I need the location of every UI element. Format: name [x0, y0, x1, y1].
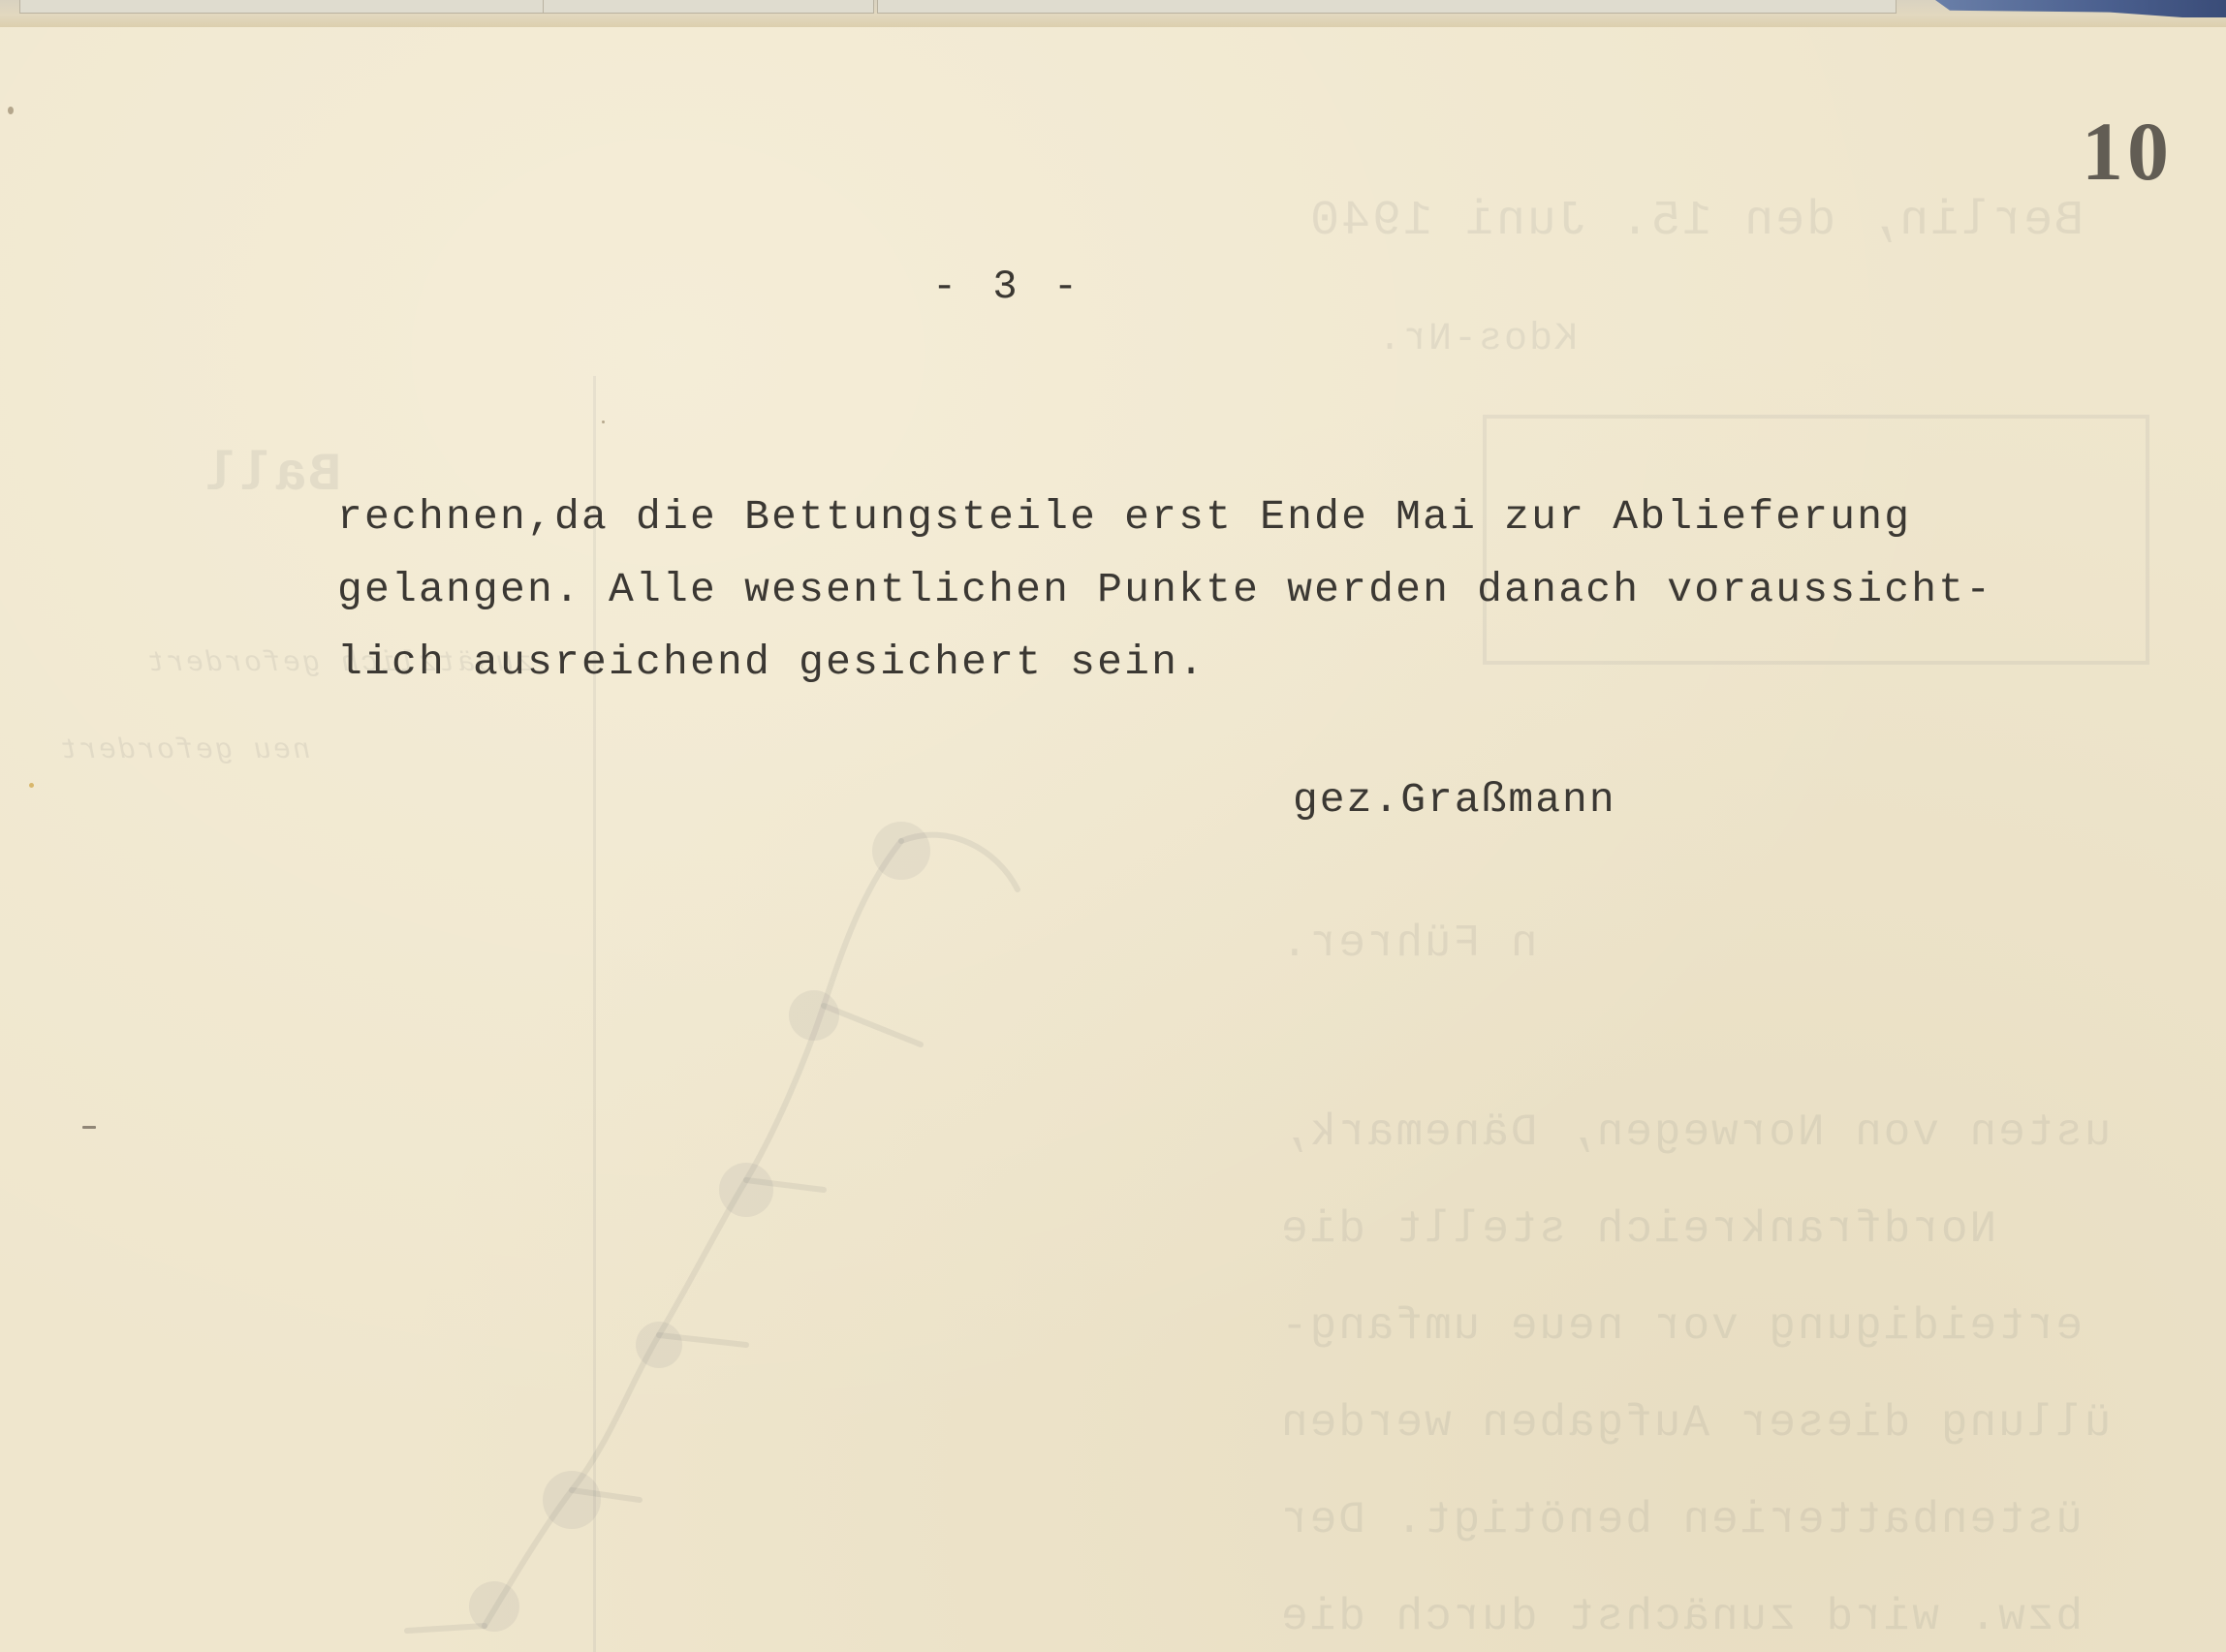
- body-line: gelangen. Alle wesentlichen Punkte werde…: [337, 553, 2179, 626]
- body-line: lich ausreichend gesichert sein.: [337, 626, 2179, 699]
- bleed-through-header-ref: Kdos-Nr.: [1376, 318, 1578, 361]
- bleed-through-body-line: erteidigung vor neue umfang-: [1279, 1301, 2083, 1352]
- body-line: rechnen,da die Bettungsteile erst Ende M…: [337, 481, 2179, 553]
- document-page: Berlin, den 15. Juni 1940 Kdos-Nr. Ball …: [0, 27, 2226, 1652]
- bleed-through-side-note: neu gefordert: [58, 734, 310, 767]
- bleed-through-coast-map: [320, 725, 1192, 1652]
- underlying-sheet-edge: [877, 0, 1897, 14]
- paper-speck: [82, 1126, 96, 1129]
- bleed-through-side-note: Ball: [204, 444, 341, 506]
- bleed-through-body-line: bzw. wird zunächst durch die: [1279, 1592, 2083, 1642]
- bleed-through-body-line: üstenbatterien benötigt. Der: [1279, 1495, 2083, 1545]
- paper-speck: [29, 783, 34, 788]
- folder-edge-strip: [0, 0, 2226, 28]
- underlying-sheet-edge: [19, 0, 545, 14]
- paper-speck: [602, 421, 605, 423]
- bleed-through-header-date: Berlin, den 15. Juni 1940: [1308, 194, 2084, 249]
- bleed-through-body-line: usten von Norwegen, Dänemark,: [1279, 1107, 2112, 1158]
- folio-number-stamp: 10: [2082, 103, 2173, 200]
- bleed-through-body-line: n Führer.: [1279, 919, 1537, 969]
- folder-cover-corner: [1935, 0, 2226, 17]
- bleed-through-body-line: üllung dieser Aufgaben werden: [1279, 1398, 2112, 1449]
- signature-line: gez.Graßmann: [1293, 776, 1616, 824]
- underlying-sheet-edge: [543, 0, 874, 14]
- typed-body-text: rechnen,da die Bettungsteile erst Ende M…: [337, 481, 2179, 699]
- page-number: - 3 -: [932, 264, 1083, 310]
- bleed-through-body-line: Nordfrankreich stellt die: [1279, 1204, 1996, 1255]
- paper-speck: [8, 107, 14, 114]
